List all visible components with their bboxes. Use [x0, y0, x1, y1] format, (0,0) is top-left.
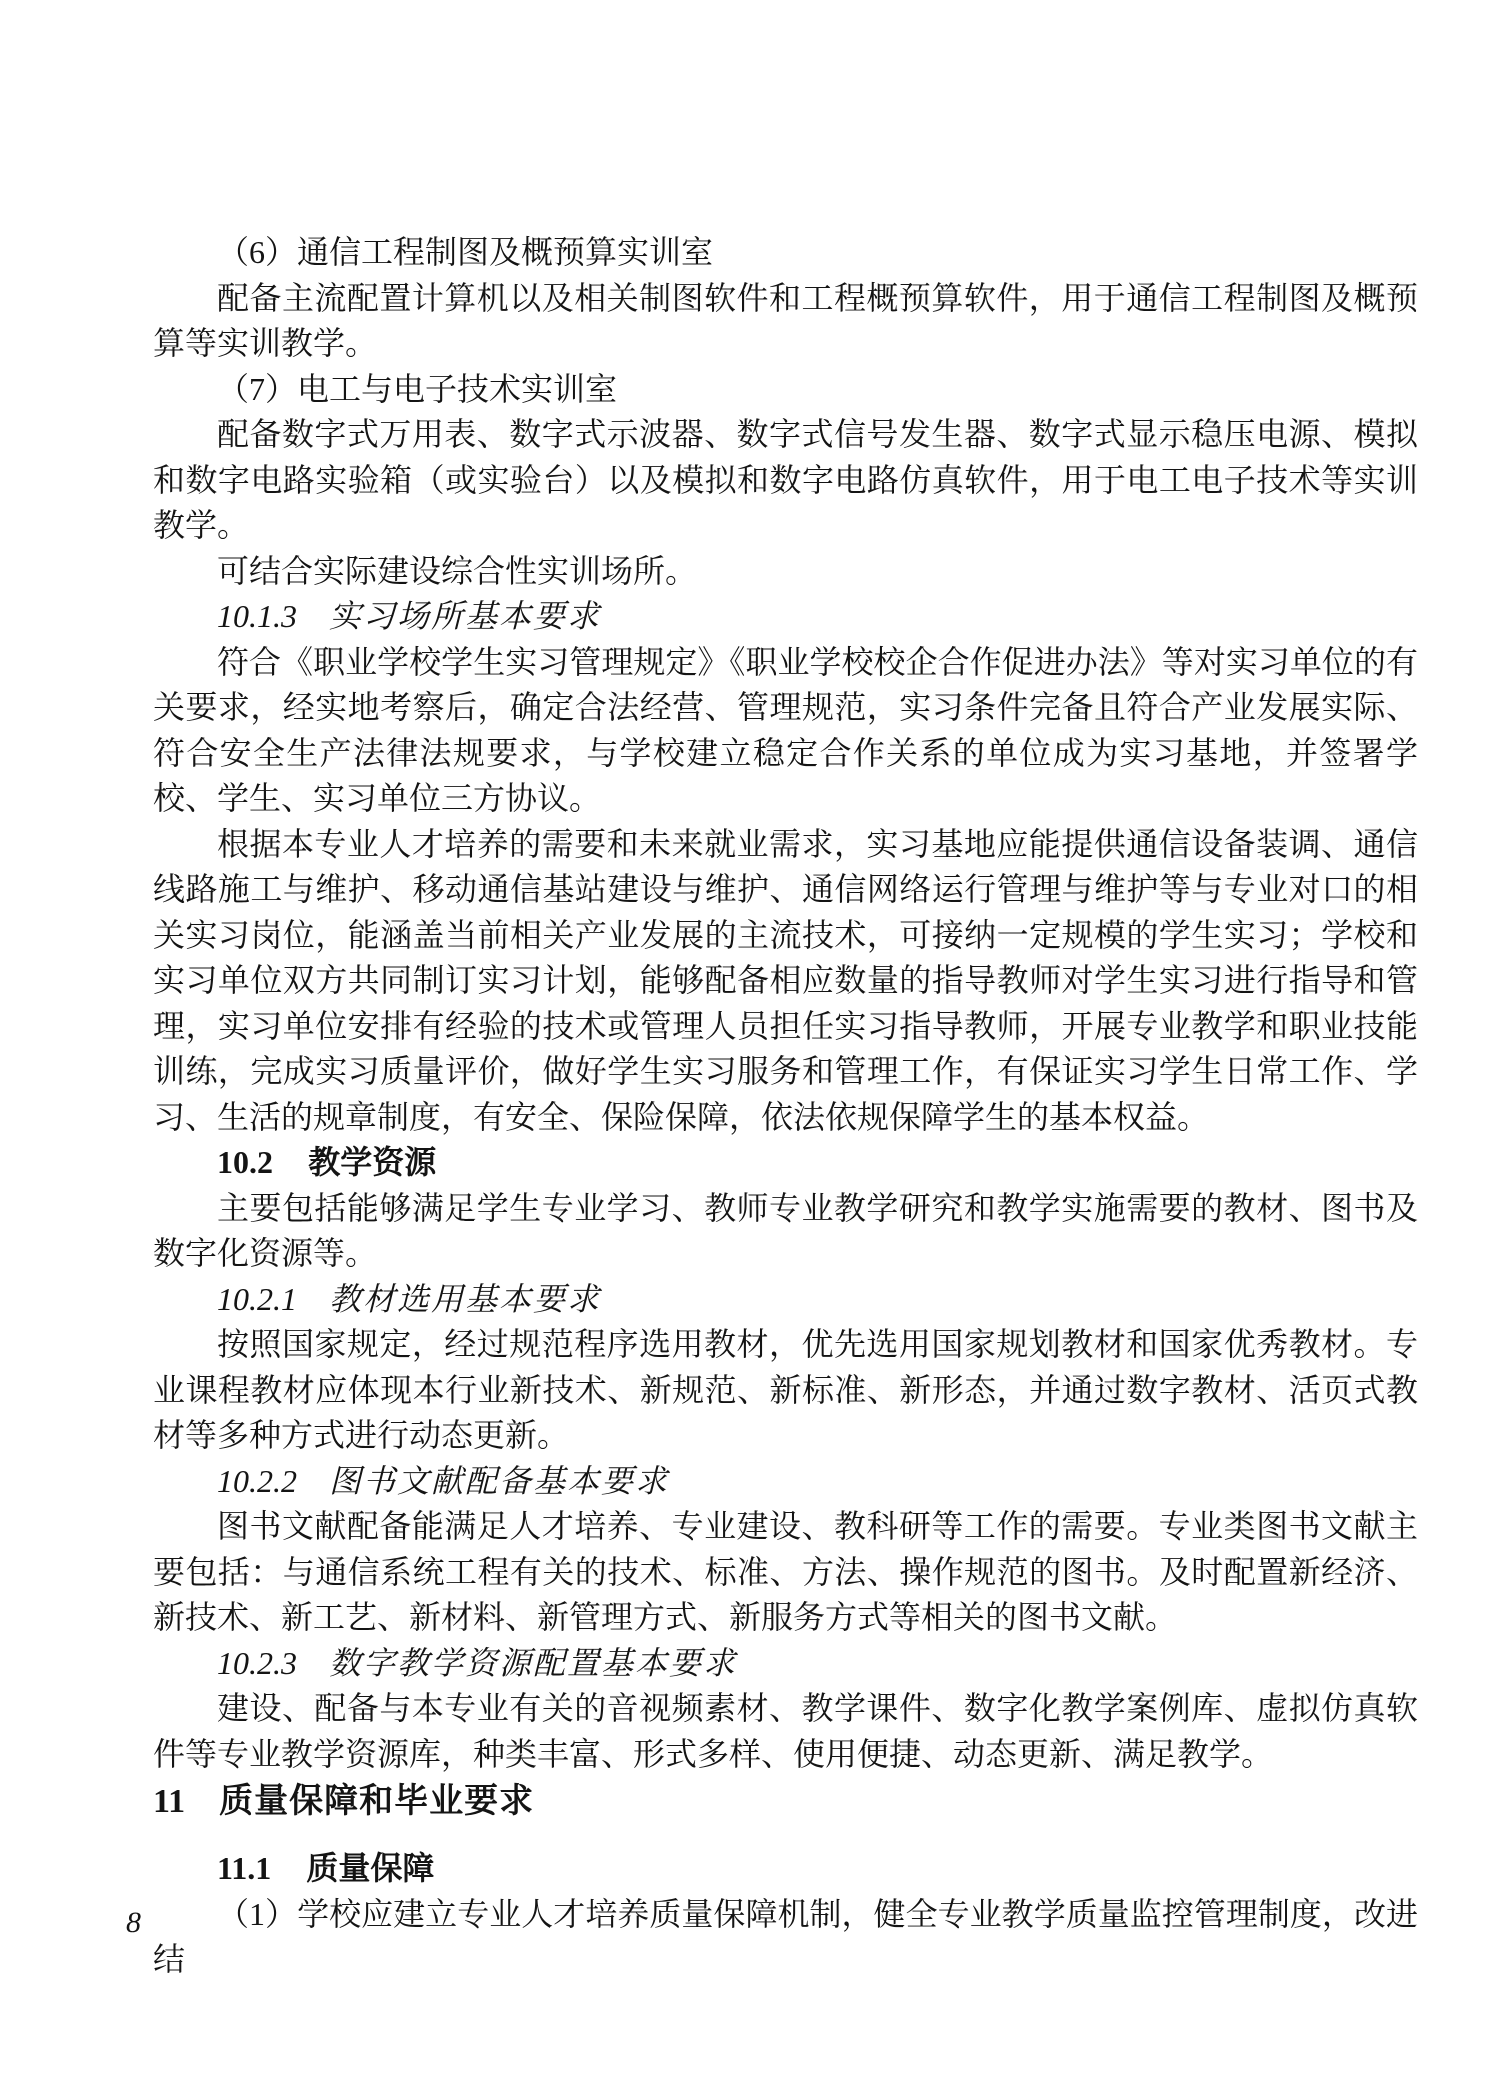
paragraph: 配备主流配置计算机以及相关制图软件和工程概预算软件，用于通信工程制图及概预算等实…: [153, 276, 1418, 367]
kai-heading: 10.2.2图书文献配备基本要求: [153, 1459, 1418, 1505]
heading-title: 教材选用基本要求: [329, 1281, 601, 1317]
paragraph: 图书文献配备能满足人才培养、专业建设、教科研等工作的需要。专业类图书文献主要包括…: [153, 1504, 1418, 1641]
heading-number: 10.2.2: [217, 1463, 297, 1499]
paragraph: （7）电工与电子技术实训室: [153, 367, 1418, 413]
heading-number: 10.2.3: [217, 1645, 297, 1681]
paragraph: 符合《职业学校学生实习管理规定》《职业学校校企合作促进办法》等对实习单位的有关要…: [153, 640, 1418, 822]
heading-title: 质量保障: [306, 1850, 434, 1886]
sub-heading: 11.1质量保障: [153, 1846, 1418, 1892]
heading-title: 质量保障和毕业要求: [219, 1782, 534, 1820]
kai-heading: 10.1.3实习场所基本要求: [153, 594, 1418, 640]
heading-title: 数字教学资源配置基本要求: [329, 1645, 737, 1681]
document-body: （6）通信工程制图及概预算实训室配备主流配置计算机以及相关制图软件和工程概预算软…: [153, 230, 1418, 1983]
heading-number: 10.2.1: [217, 1281, 297, 1317]
heading-number: 11: [153, 1783, 185, 1820]
sub-heading: 10.2教学资源: [153, 1140, 1418, 1186]
heading-number: 10.2: [217, 1144, 273, 1180]
heading-title: 实习场所基本要求: [329, 598, 601, 634]
heading-title: 图书文献配备基本要求: [329, 1463, 669, 1499]
paragraph: 根据本专业人才培养的需要和未来就业需求，实习基地应能提供通信设备装调、通信线路施…: [153, 822, 1418, 1141]
kai-heading: 10.2.1教材选用基本要求: [153, 1277, 1418, 1323]
heading-number: 11.1: [217, 1850, 271, 1886]
paragraph: 配备数字式万用表、数字式示波器、数字式信号发生器、数字式显示稳压电源、模拟和数字…: [153, 412, 1418, 549]
heading-number: 10.1.3: [217, 598, 297, 634]
paragraph: 按照国家规定，经过规范程序选用教材，优先选用国家规划教材和国家优秀教材。专业课程…: [153, 1322, 1418, 1459]
document-page: （6）通信工程制图及概预算实训室配备主流配置计算机以及相关制图软件和工程概预算软…: [0, 0, 1503, 2094]
paragraph: （1）学校应建立专业人才培养质量保障机制，健全专业教学质量监控管理制度，改进结: [153, 1892, 1418, 1983]
paragraph: 主要包括能够满足学生专业学习、教师专业教学研究和教学实施需要的教材、图书及数字化…: [153, 1186, 1418, 1277]
paragraph: 可结合实际建设综合性实训场所。: [153, 549, 1418, 595]
paragraph: （6）通信工程制图及概预算实训室: [153, 230, 1418, 276]
chapter-heading: 11质量保障和毕业要求: [153, 1777, 1418, 1826]
paragraph: 建设、配备与本专业有关的音视频素材、教学课件、数字化教学案例库、虚拟仿真软件等专…: [153, 1686, 1418, 1777]
kai-heading: 10.2.3数字教学资源配置基本要求: [153, 1641, 1418, 1687]
page-number: 8: [126, 1906, 141, 1940]
heading-title: 教学资源: [308, 1144, 436, 1180]
